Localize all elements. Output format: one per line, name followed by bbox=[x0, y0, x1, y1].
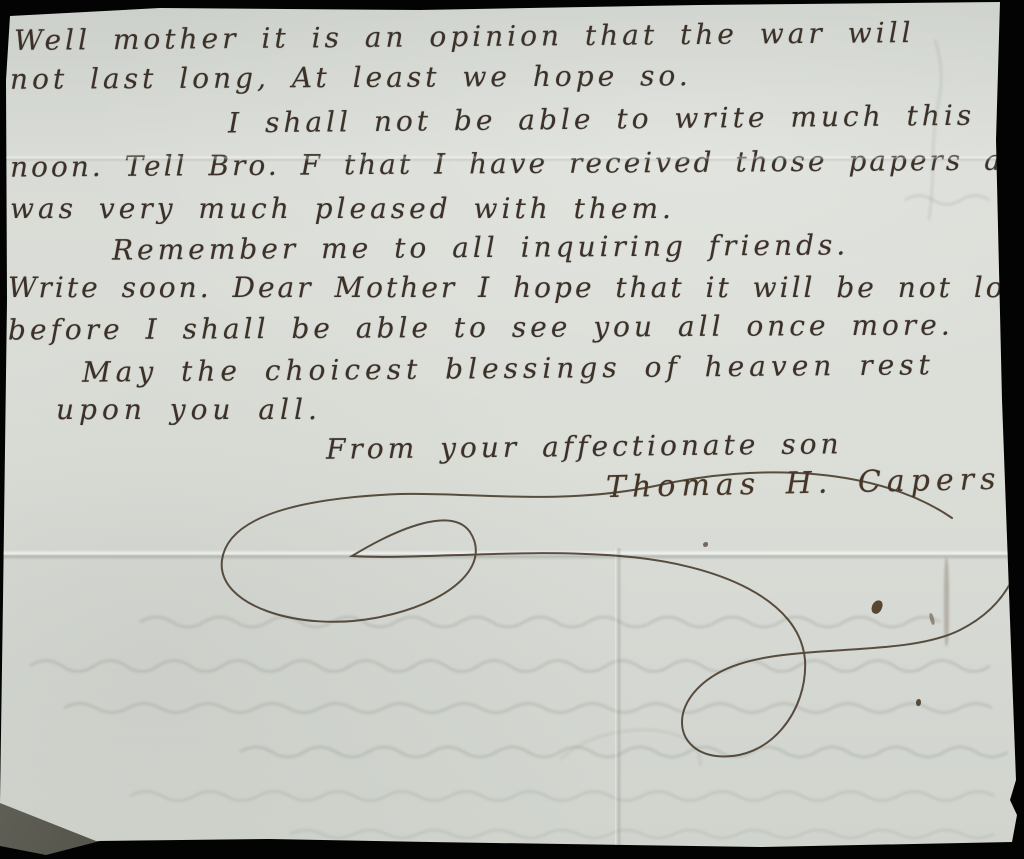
bleed-line bbox=[130, 792, 994, 801]
fold-crease-vertical bbox=[615, 548, 622, 848]
letter-line: was very much pleased with them. bbox=[10, 192, 675, 225]
letter-line: I shall not be able to write much this a… bbox=[228, 98, 1024, 140]
ink-stain bbox=[703, 542, 708, 547]
letter-page: Well mother it is an opinion that the wa… bbox=[0, 0, 1024, 859]
letter-scan: Well mother it is an opinion that the wa… bbox=[0, 0, 1024, 859]
fold-crease-upper bbox=[0, 155, 1024, 162]
ink-stain bbox=[870, 599, 884, 616]
bleed-line bbox=[290, 830, 994, 838]
letter-line: Write soon. Dear Mother I hope that it w… bbox=[8, 271, 1024, 304]
bleed-line bbox=[905, 196, 989, 205]
letter-line: not last long, At least we hope so. bbox=[10, 59, 692, 96]
letter-line: before I shall be able to see you all on… bbox=[8, 309, 954, 347]
letter-line: Well mother it is an opinion that the wa… bbox=[14, 16, 915, 57]
ink-stain bbox=[916, 699, 921, 706]
bleed-loop bbox=[560, 730, 700, 766]
letter-line: Remember me to all inquiring friends. bbox=[112, 228, 849, 266]
letter-line: noon. Tell Bro. F that I have received t… bbox=[10, 143, 1024, 183]
fold-crease-main bbox=[0, 550, 1024, 560]
signature: Thomas H. Capers bbox=[606, 462, 1002, 505]
bleed-line bbox=[240, 747, 1008, 757]
bleed-line bbox=[30, 661, 990, 672]
bleed-line bbox=[64, 704, 992, 713]
closing-line: From your affectionate son bbox=[326, 427, 843, 465]
ink-smear bbox=[944, 558, 949, 646]
letter-line: May the choicest blessings of heaven res… bbox=[82, 348, 935, 388]
letter-line: upon you all. bbox=[56, 393, 322, 426]
bleed-line bbox=[140, 617, 940, 627]
ink-stain bbox=[929, 613, 936, 626]
